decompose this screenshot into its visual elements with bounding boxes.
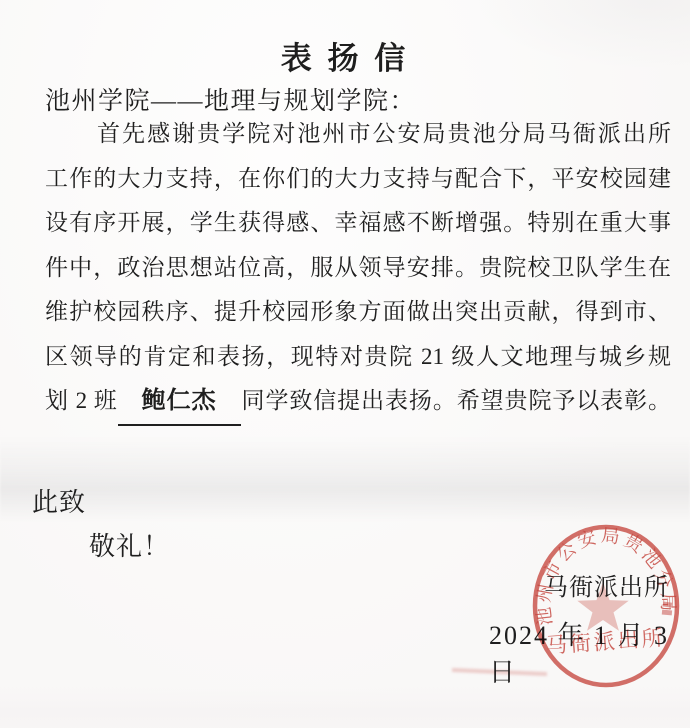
seal-code-mark-1 — [663, 601, 673, 607]
body-line-3: 设有序开展，学生获得感、幸福感不断增强。特别在重大事 — [45, 201, 671, 246]
student-name: 鲍仁杰 — [142, 388, 217, 414]
body-line-4: 件中，政治思想站位高，服从领导安排。贵院校卫队学生在 — [45, 246, 671, 291]
body-line-6: 区领导的肯定和表扬，现特对贵院 21 级人文地理与城乡规 — [45, 335, 671, 380]
body-line-7-suffix: 同学致信提出表扬。希望贵院予以表彰。 — [241, 388, 671, 413]
body-line-1: 首先感谢贵学院对池州市公安局贵池分局马衙派出所 — [45, 112, 671, 157]
letter-title: 表 扬 信 — [0, 33, 690, 78]
body-line-5: 维护校园秩序、提升校园形象方面做出突出贡献，得到市、 — [45, 290, 671, 335]
body-line-7-prefix: 划 2 班 — [45, 388, 118, 413]
scan-shading-bottom — [0, 686, 690, 728]
scan-shading-middle — [0, 436, 690, 522]
body-line-7: 划 2 班鲍仁杰同学致信提出表扬。希望贵院予以表彰。 — [45, 379, 671, 424]
letter-body: 首先感谢贵学院对池州市公安局贵池分局马衙派出所 工作的大力支持，在你们的大力支持… — [45, 112, 671, 424]
scanned-letter-page: 表 扬 信 池州学院——地理与规划学院： 首先感谢贵学院对池州市公安局贵池分局马… — [0, 0, 690, 728]
signature-unit: 马衙派出所 — [544, 567, 669, 602]
letter-date: 2024 年 1 月 3 日 — [489, 615, 690, 689]
name-underline: 鲍仁杰 — [118, 379, 241, 426]
body-line-2: 工作的大力支持，在你们的大力支持与配合下，平安校园建 — [45, 157, 671, 202]
salute-jingli: 敬礼！ — [89, 526, 170, 563]
closing-cizhi: 此致 — [32, 482, 86, 519]
